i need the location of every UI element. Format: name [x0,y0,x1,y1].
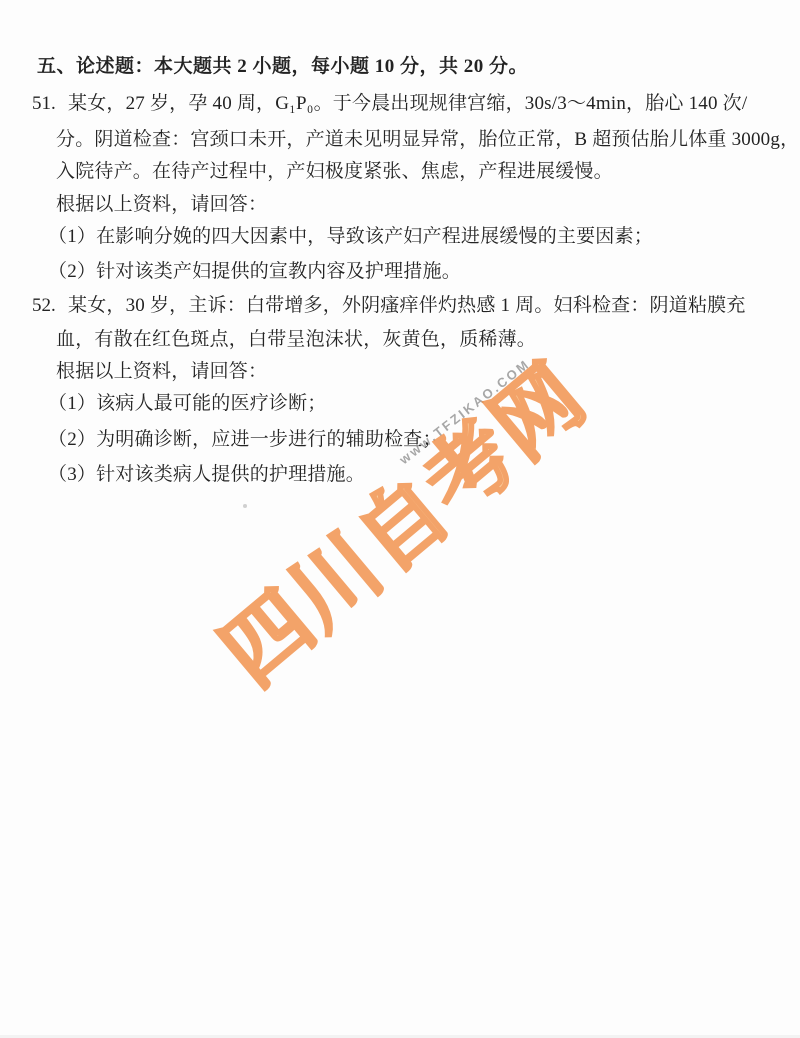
q52-line-2: 血，有散在红色斑点，白带呈泡沫状，灰黄色，质稀薄。 [56,323,536,357]
q51-line-2: 分。阴道检查：宫颈口未开，产道未见明显异常，胎位正常，B 超预估胎儿体重 300… [56,123,799,157]
q51-number: 51. [32,87,56,121]
section-header: 五、论述题：本大题共 2 小题，每小题 10 分，共 20 分。 [37,50,528,84]
q52-line-6: （3）针对该类病人提供的护理措施。 [48,458,365,492]
q51-line-1: 某女，27 岁，孕 40 周，G₁P₀。于今晨出现规律宫缩，30s/3～4min… [68,87,747,121]
q51-line-6: （2）针对该类产妇提供的宣教内容及护理措施。 [48,255,461,289]
q51-line-4: 根据以上资料，请回答： [56,188,267,222]
q51-line-3: 入院待产。在待产过程中，产妇极度紧张、焦虑，产程进展缓慢。 [56,155,613,189]
scanned-exam-page: { "document": { "section_header": "五、论述题… [0,0,800,1038]
q52-number: 52. [32,289,56,323]
q52-line-4: （1）该病人最可能的医疗诊断； [48,387,327,421]
q52-line-3: 根据以上资料，请回答： [56,355,267,389]
scan-speck-artifact [243,504,247,508]
q52-line-1: 某女，30 岁，主诉：白带增多，外阴瘙痒伴灼热感 1 周。妇科检查：阴道粘膜充 [68,289,746,323]
q51-line-5: （1）在影响分娩的四大因素中，导致该产妇产程进展缓慢的主要因素； [48,220,653,254]
q52-line-5: （2）为明确诊断，应进一步进行的辅助检查； [48,423,442,457]
